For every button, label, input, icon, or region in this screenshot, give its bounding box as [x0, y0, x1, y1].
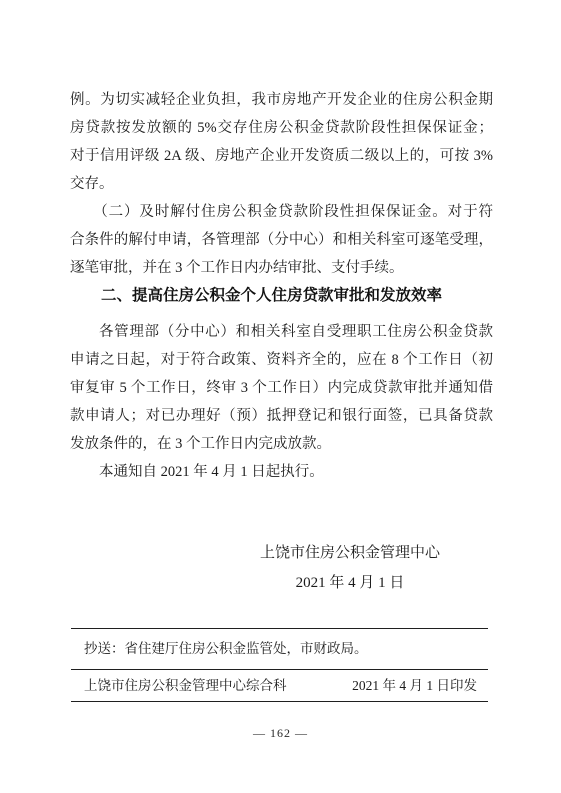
- page-number: — 162 —: [0, 726, 561, 740]
- section-heading: 二、提高住房公积金个人住房贷款审批和发放效率: [70, 282, 493, 310]
- footer-rule-middle: [71, 669, 488, 670]
- issuer-row: 上饶市住房公积金管理中心综合科 2021 年 4 月 1 日印发: [71, 676, 488, 696]
- footer-rule-bottom: [71, 701, 488, 702]
- body-line: 申请之日起，对于符合政策、资料齐全的，应在 8 个工作日（初: [70, 346, 493, 374]
- body-line: 各管理部（分中心）和相关科室自受理职工住房公积金贷款: [70, 318, 493, 346]
- body-line: 例。为切实减轻企业负担，我市房地产开发企业的住房公积金期: [70, 86, 493, 114]
- footer-rule-top: [71, 628, 488, 629]
- body-line: 对于信用评级 2A 级、房地产企业开发资质二级以上的，可按 3%: [70, 142, 493, 170]
- body-line: 发放条件的，在 3 个工作日内完成放款。: [70, 430, 493, 458]
- body-line: 交存。: [70, 170, 493, 198]
- print-date: 2021 年 4 月 1 日印发: [352, 676, 477, 696]
- body-line: 审复审 5 个工作日，终审 3 个工作日）内完成贷款审批并通知借: [70, 374, 493, 402]
- body-line: 款申请人；对已办理好（预）抵押登记和银行面签，已具备贷款: [70, 402, 493, 430]
- body-line: 房贷款按发放额的 5%交存住房公积金贷款阶段性担保保证金；: [70, 114, 493, 142]
- cc-note: 抄送：省住建厅住房公积金监管处，市财政局。: [71, 639, 488, 659]
- issuer-name: 上饶市住房公积金管理中心综合科: [84, 676, 287, 696]
- document-page: 例。为切实减轻企业负担，我市房地产开发企业的住房公积金期 房贷款按发放额的 5%…: [0, 0, 561, 793]
- body-line: 逐笔审批，并在 3 个工作日内办结审批、支付手续。: [70, 254, 493, 282]
- body-line: （二）及时解付住房公积金贷款阶段性担保保证金。对于符: [70, 198, 493, 226]
- body-line: 合条件的解付申请，各管理部（分中心）和相关科室可逐笔受理，: [70, 226, 493, 254]
- body-line: 本通知自 2021 年 4 月 1 日起执行。: [70, 458, 493, 486]
- signature-date: 2021 年 4 月 1 日: [260, 569, 440, 597]
- document-body: 例。为切实减轻企业负担，我市房地产开发企业的住房公积金期 房贷款按发放额的 5%…: [70, 86, 493, 486]
- signature-org: 上饶市住房公积金管理中心: [260, 539, 440, 567]
- signature-block: 上饶市住房公积金管理中心 2021 年 4 月 1 日: [260, 539, 440, 597]
